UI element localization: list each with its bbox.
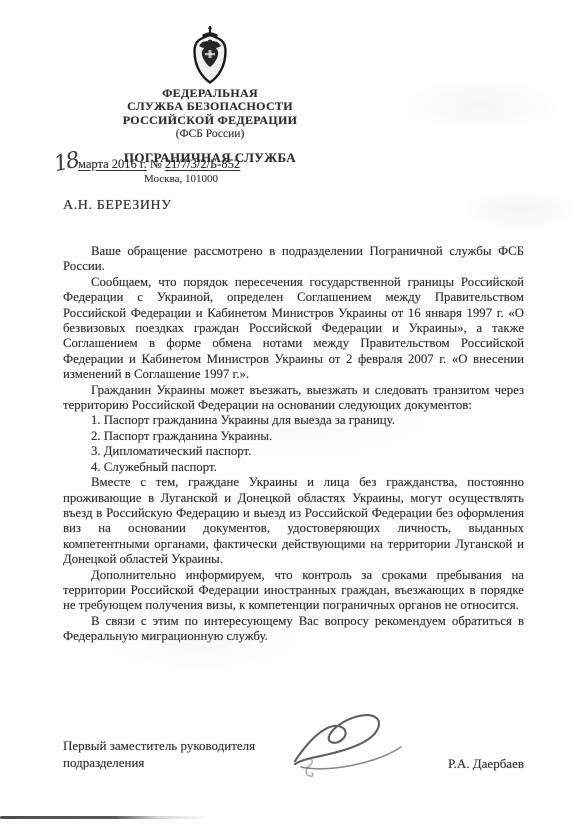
scan-artifact-line [0,816,210,819]
signer-title-line2: подразделения [63,754,298,771]
signer-title: Первый заместитель руководителя подразде… [63,737,298,771]
org-name-line2: СЛУЖБА БЕЗОПАСНОСТИ [80,100,340,113]
letterhead: ФЕДЕРАЛЬНАЯ СЛУЖБА БЕЗОПАСНОСТИ РОССИЙСК… [80,26,340,166]
signer-title-line1: Первый заместитель руководителя [63,737,298,754]
paragraph-control-terms: Дополнительно информируем, что контроль … [63,568,524,614]
org-abbreviation: (ФСБ России) [80,128,340,141]
signer-name: Р.А. Даербаев [448,756,524,772]
fsb-eagle-shield-icon [187,26,233,84]
paragraph-recommendation: В связи с этим по интересующему Вас вопр… [63,614,524,645]
documents-list: 1. Паспорт гражданина Украины для выезда… [63,413,524,475]
paragraph-lugansk-donetsk: Вместе с тем, граждане Украины и лица бе… [63,475,524,567]
paragraph-intro: Ваше обращение рассмотрено в подразделен… [63,244,524,275]
pen-mark-icon [301,755,319,781]
letter-body: Ваше обращение рассмотрено в подразделен… [63,244,524,645]
list-item: 1. Паспорт гражданина Украины для выезда… [63,413,524,428]
addressee-name: А.Н. БЕРЕЗИНУ [63,198,172,214]
list-item: 3. Дипломатический паспорт. [63,444,524,459]
document-number: 21/7/3/2/Б-852 [165,157,240,171]
org-name-line1: ФЕДЕРАЛЬНАЯ [80,87,340,100]
handwritten-day: 18 [52,148,81,177]
number-sign: № [150,157,162,171]
paragraph-agreements: Сообщаем, что порядок пересечения госуда… [63,275,524,383]
paragraph-documents-lead: Гражданин Украины может въезжать, выезжа… [63,383,524,414]
list-item: 2. Паспорт гражданина Украины. [63,429,524,444]
org-name-line3: РОССИЙСКОЙ ФЕДЕРАЦИИ [80,114,340,127]
list-item: 4. Служебный паспорт. [63,460,524,475]
date-text: марта 2016 г. [78,157,147,171]
signature-block: Первый заместитель руководителя подразде… [63,737,524,771]
city-postal-line: Москва, 101000 [56,173,306,185]
date-number-block: 18 марта 2016 г. № 21/7/3/2/Б-852 Москва… [56,157,326,185]
scanned-letter-page: ФЕДЕРАЛЬНАЯ СЛУЖБА БЕЗОПАСНОСТИ РОССИЙСК… [0,0,585,827]
